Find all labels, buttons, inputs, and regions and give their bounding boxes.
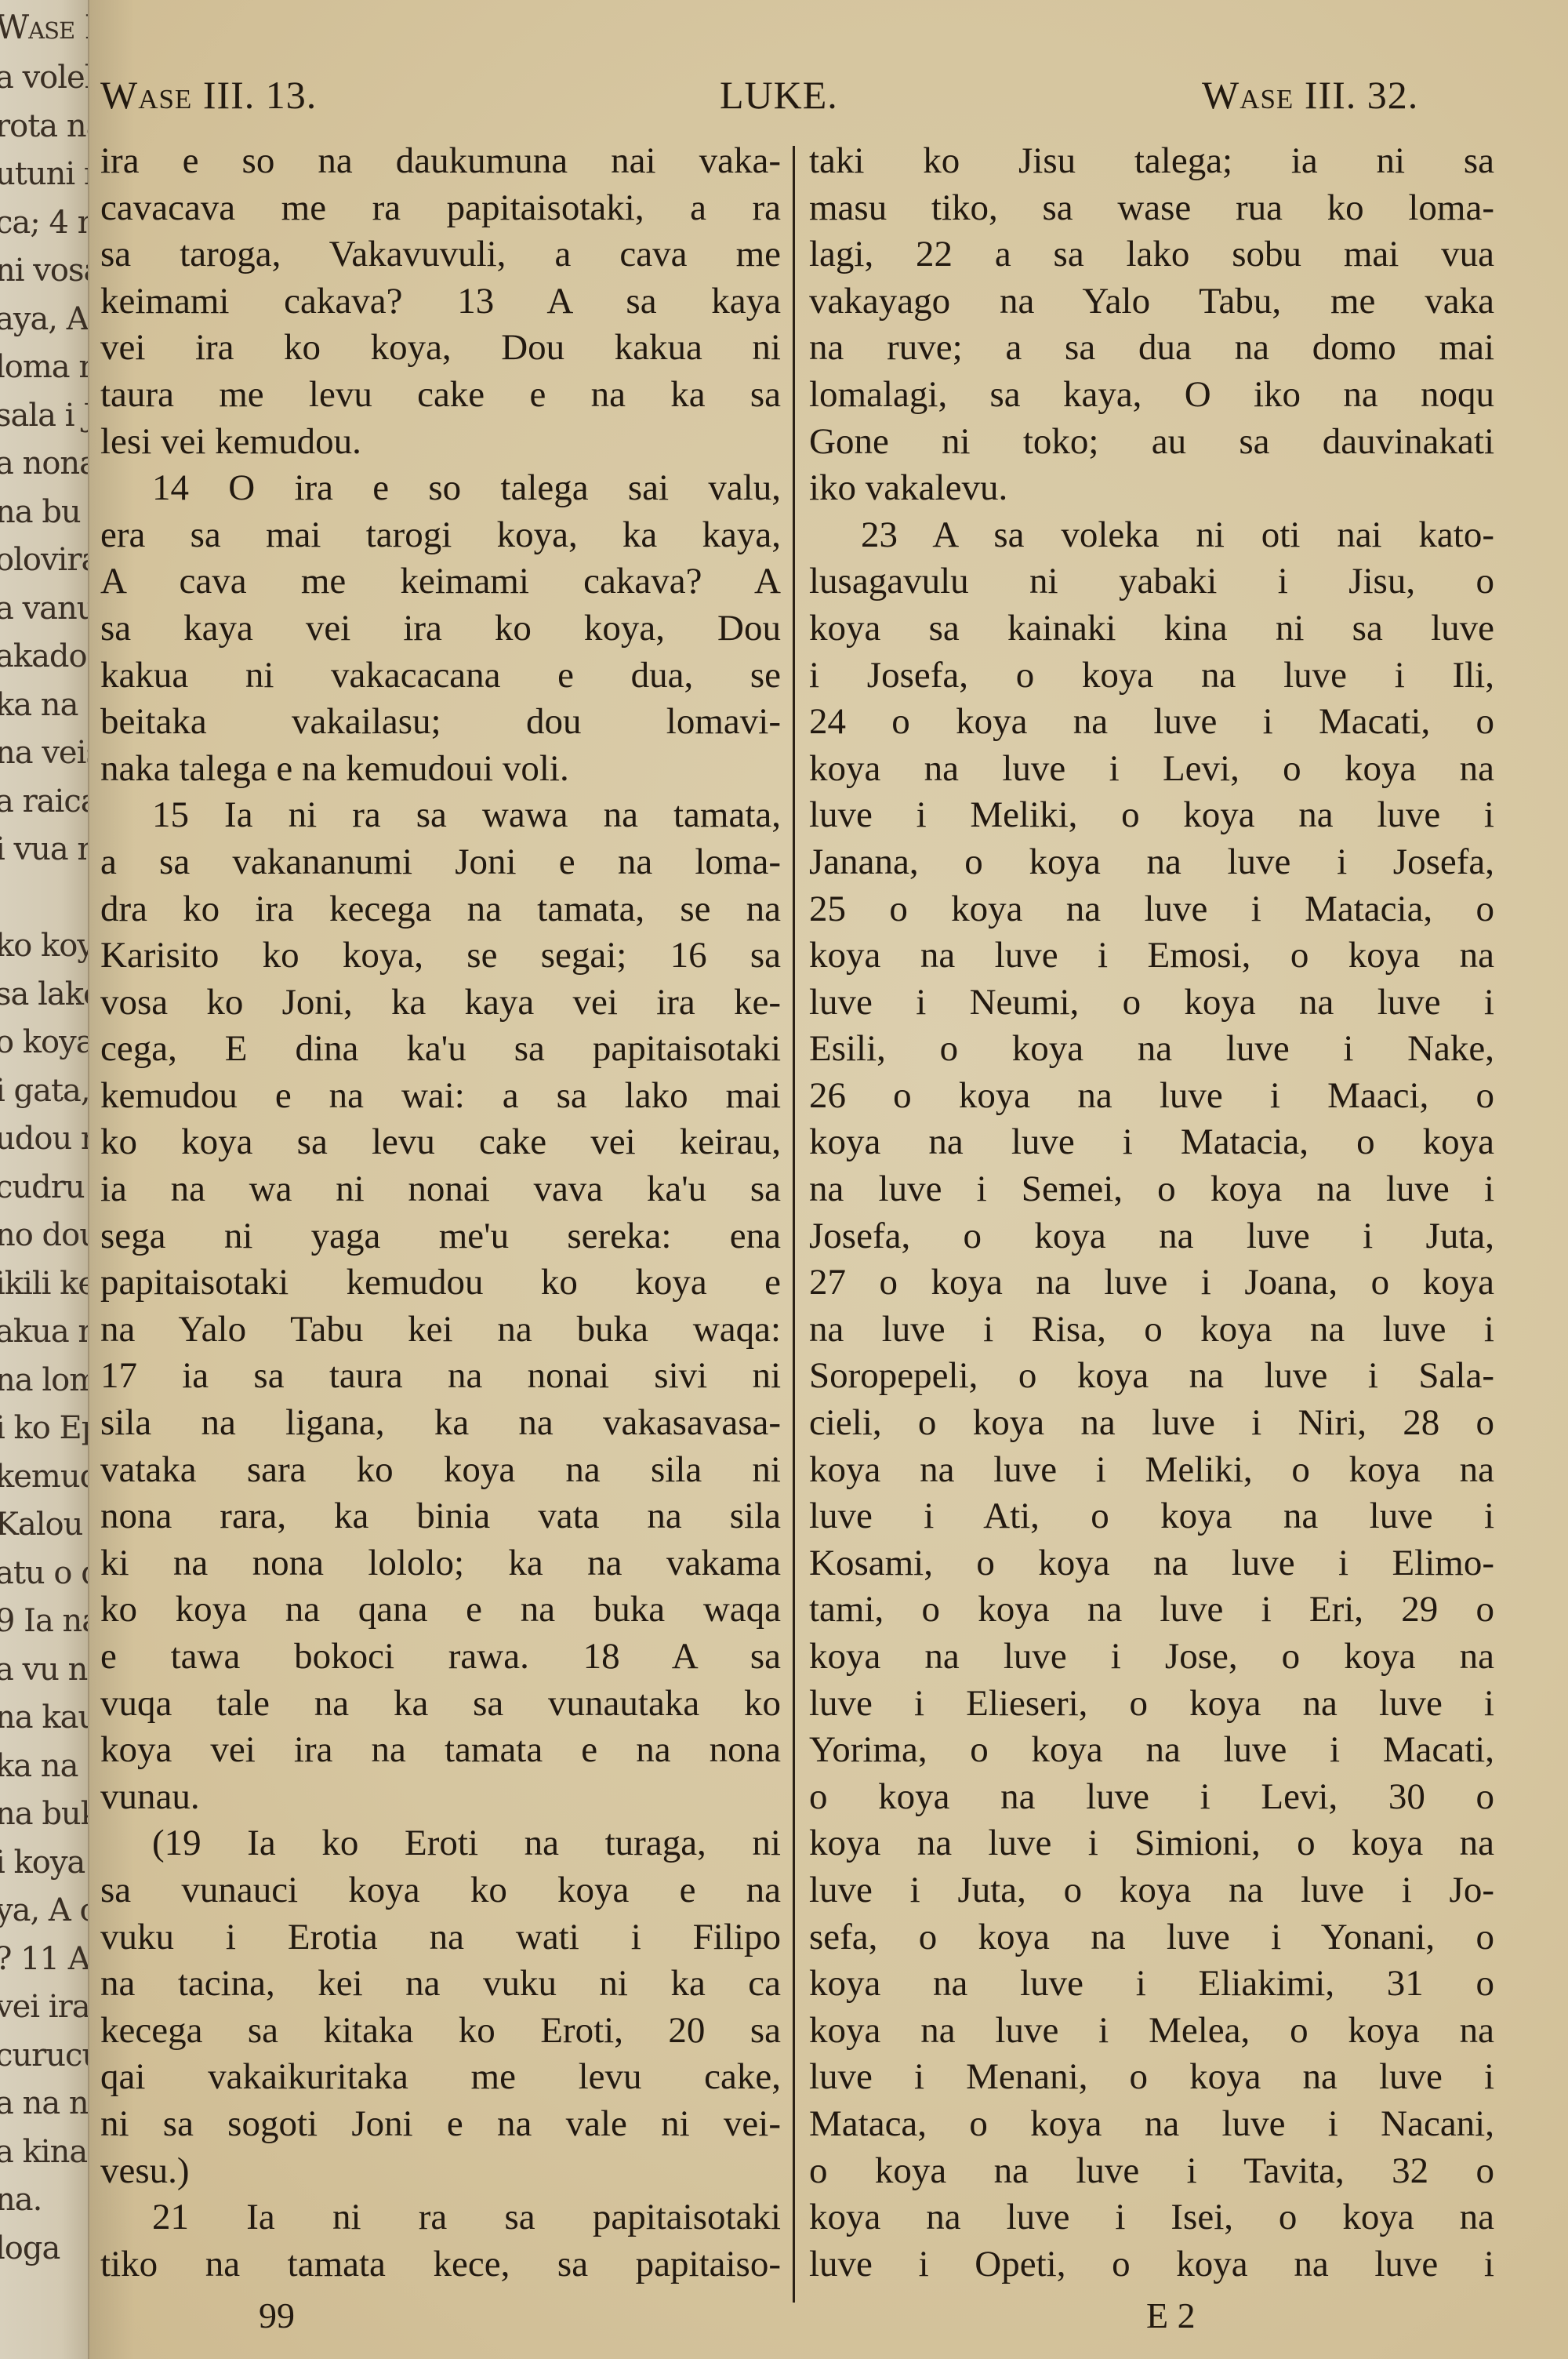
text-line: koya sa kainaki kina ni sa luve (809, 605, 1494, 652)
text-line: lomalagi, sa kaya, O iko na noqu (809, 372, 1494, 419)
text-line: Mataca, o koya na luve i Nacani, (809, 2101, 1494, 2148)
facing-page-line: ko koya (0, 928, 89, 964)
facing-page-line: i vua na (0, 831, 89, 867)
text-line: 14 O ira e so talega sai valu, (100, 465, 781, 512)
text-line: era sa mai tarogi koya, ka kaya, (100, 512, 781, 559)
text-line: 17 ia sa taura na nonai sivi ni (100, 1353, 781, 1400)
text-line: Janana, o koya na luve i Josefa, (809, 839, 1494, 886)
text-line: luve i Menani, o koya na luve i (809, 2054, 1494, 2101)
text-line: sa taroga, Vakavuvuli, a cava me (100, 231, 781, 278)
text-line: vesu.) (100, 2148, 781, 2195)
running-head-left: Wase III. 13. (100, 72, 317, 119)
facing-page-line: kemudo (0, 1459, 89, 1495)
text-line: lesi vei kemudou. (100, 419, 781, 466)
text-line: sa vunauci koya ko koya e na (100, 1867, 781, 1914)
page-number: 99 (259, 2295, 295, 2336)
text-line: na luve i Risa, o koya na luve i (809, 1307, 1494, 1354)
facing-page-line: ka na (0, 1748, 78, 1784)
text-line: 25 o koya na luve i Matacia, o (809, 886, 1494, 933)
text-line: vunau. (100, 1774, 781, 1821)
text-line: luve i Meliki, o koya na luve i (809, 792, 1494, 839)
text-line: Josefa, o koya na luve i Juta, (809, 1213, 1494, 1260)
text-line: tiko na tamata kece, sa papitaiso- (100, 2241, 781, 2288)
facing-page-line: 9 Ia na (0, 1603, 89, 1639)
text-line: 21 Ia ni ra sa papitaisotaki (100, 2194, 781, 2241)
text-line: cavacava me ra papitaisotaki, a ra (100, 185, 781, 232)
facing-page-line: na buka (0, 1796, 89, 1832)
text-line: vei ira ko koya, Dou kakua ni (100, 325, 781, 372)
facing-page-line: akua ni (0, 1314, 89, 1350)
facing-page-line: aya, A d (0, 301, 89, 337)
text-line: kakua ni vakacacana e dua, se (100, 652, 781, 700)
facing-page-line: utuni m (0, 156, 89, 192)
facing-page-line: ca; 4 me (0, 205, 89, 241)
facing-page-strip: Wase IIIa volekarota nautuni mca; 4 meni… (0, 0, 89, 2359)
text-line: na Yalo Tabu kei na buka waqa: (100, 1307, 781, 1354)
facing-page-line: curucu (0, 2037, 89, 2074)
text-line: luve i Opeti, o koya na luve i (809, 2241, 1494, 2288)
text-line: tami, o koya na luve i Eri, 29 o (809, 1587, 1494, 1634)
text-line: na luve i Semei, o koya na luve i (809, 1166, 1494, 1213)
facing-page-line: loga (0, 2230, 60, 2266)
text-line: sefa, o koya na luve i Yonani, o (809, 1914, 1494, 1961)
facing-page-line: na veis (0, 735, 89, 771)
text-line: luve i Juta, o koya na luve i Jo- (809, 1867, 1494, 1914)
text-line: keimami cakava? 13 A sa kaya (100, 278, 781, 325)
text-line: koya na luve i Jose, o koya na (809, 1634, 1494, 1681)
facing-page-line: olovirat (0, 542, 89, 578)
text-line: o koya na luve i Levi, 30 o (809, 1774, 1494, 1821)
text-line: vuqa tale na ka sa vunautaka ko (100, 1681, 781, 1728)
text-line: na ruve; a sa dua na domo mai (809, 325, 1494, 372)
text-line: ia na wa ni nonai vava ka'u sa (100, 1166, 781, 1213)
facing-page-line: atu o q (0, 1555, 89, 1591)
text-line: ni sa sogoti Joni e na vale ni vei- (100, 2101, 781, 2148)
facing-page-line: a na non (0, 2085, 89, 2121)
text-line: koya na luve i Emosi, o koya na (809, 932, 1494, 980)
text-line: koya na luve i Eliakimi, 31 o (809, 1961, 1494, 2008)
running-head-title: LUKE. (720, 72, 838, 119)
text-line: kecega sa kitaka ko Eroti, 20 sa (100, 2008, 781, 2055)
text-line: Soropepeli, o koya na luve i Sala- (809, 1353, 1494, 1400)
text-line: naka talega e na kemudoui voli. (100, 746, 781, 793)
facing-page-line: vei ira, O (0, 1989, 89, 2025)
text-line: vataka sara ko koya na sila ni (100, 1447, 781, 1494)
facing-page-line: ? 11 A s (0, 1941, 89, 1977)
facing-page-line: sala i Jio (0, 398, 89, 434)
text-line: i Josefa, o koya na luve i Ili, (809, 652, 1494, 700)
text-line: 27 o koya na luve i Joana, o koya (809, 1259, 1494, 1307)
text-line: dra ko ira kecega na tamata, se na (100, 886, 781, 933)
text-line: A cava me keimami cakava? A (100, 558, 781, 605)
text-line: koya na luve i Levi, o koya na (809, 746, 1494, 793)
text-line: masu tiko, sa wase rua ko loma- (809, 185, 1494, 232)
facing-page-line: na. (0, 2182, 42, 2218)
facing-page-line: ni vosa i (0, 253, 89, 289)
facing-page-line: ikili kei (0, 1266, 89, 1302)
signature-mark: E 2 (1146, 2295, 1196, 2336)
text-column-right: taki ko Jisu talega; ia ni samasu tiko, … (809, 138, 1494, 2288)
facing-page-line: ya, A ca (0, 1892, 89, 1928)
text-line: taura me levu cake e na ka sa (100, 372, 781, 419)
text-line: koya na luve i Matacia, o koya (809, 1119, 1494, 1166)
text-line: nona rara, ka binia vata na sila (100, 1493, 781, 1540)
text-line: koya na luve i Simioni, o koya na (809, 1820, 1494, 1867)
text-line: Yorima, o koya na luve i Macati, (809, 1727, 1494, 1774)
facing-page-header: Wase III (0, 8, 89, 46)
text-line: sega ni yaga me'u sereka: ena (100, 1213, 781, 1260)
facing-page-line: i gata, (0, 1073, 89, 1109)
text-line: sila na ligana, ka na vakasavasa- (100, 1400, 781, 1447)
text-line: ira e so na daukumuna nai vaka- (100, 138, 781, 185)
facing-page-line: a vu ni (0, 1652, 89, 1688)
text-line: 15 Ia ni ra sa wawa na tamata, (100, 792, 781, 839)
text-line: (19 Ia ko Eroti na turaga, ni (100, 1820, 781, 1867)
facing-page-line: udou m (0, 1121, 89, 1157)
text-line: o koya na luve i Tavita, 32 o (809, 2148, 1494, 2195)
text-line: iko vakalevu. (809, 465, 1494, 512)
text-line: kemudou e na wai: a sa lako mai (100, 1073, 781, 1120)
text-line: luve i Ati, o koya na luve i (809, 1493, 1494, 1540)
facing-page-line: a voleka (0, 60, 89, 96)
facing-page-line: a nona s (0, 445, 89, 482)
text-line: koya na luve i Isei, o koya na (809, 2194, 1494, 2241)
facing-page-line: ka na (0, 687, 78, 723)
facing-page-line: na loma (0, 1362, 89, 1398)
text-line: 26 o koya na luve i Maaci, o (809, 1073, 1494, 1120)
facing-page-line: a vanua- (0, 591, 89, 627)
text-line: lagi, 22 a sa lako sobu mai vua (809, 231, 1494, 278)
facing-page-line: a raica (0, 783, 89, 820)
text-line: a sa vakananumi Joni e na loma- (100, 839, 781, 886)
text-column-left: ira e so na daukumuna nai vaka-cavacava … (100, 138, 781, 2288)
text-line: cieli, o koya na luve i Niri, 28 o (809, 1400, 1494, 1447)
text-line: cega, E dina ka'u sa papitaisotaki (100, 1026, 781, 1073)
facing-page-line: Kalou (0, 1507, 82, 1543)
text-line: Kosami, o koya na luve i Elimo- (809, 1540, 1494, 1587)
text-line: lusagavulu ni yabaki i Jisu, o (809, 558, 1494, 605)
facing-page-line: rota na (0, 108, 89, 144)
text-line: sa kaya vei ira ko koya, Dou (100, 605, 781, 652)
facing-page-line: akadodo (0, 638, 89, 674)
facing-page-line: na bu (0, 494, 81, 530)
text-line: e tawa bokoci rawa. 18 A sa (100, 1634, 781, 1681)
facing-page-line: i koya ko (0, 1845, 89, 1881)
running-head-right: Wase III. 32. (1202, 72, 1418, 119)
text-line: Karisito ko koya, se segai; 16 sa (100, 932, 781, 980)
text-line: koya na luve i Melea, o koya na (809, 2008, 1494, 2055)
text-line: luve i Elieseri, o koya na luve i (809, 1681, 1494, 1728)
facing-page-line: i ko Epa (0, 1410, 89, 1446)
facing-page-line: cudru s (0, 1169, 89, 1205)
text-line: na tacina, kei na vuku ni ka ca (100, 1961, 781, 2008)
text-line: koya na luve i Meliki, o koya na (809, 1447, 1494, 1494)
facing-page-line: na kau (0, 1699, 89, 1736)
text-line: ki na nona lololo; ka na vakama (100, 1540, 781, 1587)
text-line: ko koya sa levu cake vei keirau, (100, 1119, 781, 1166)
text-line: 23 A sa voleka ni oti nai kato- (809, 512, 1494, 559)
facing-page-line: no dou q (0, 1217, 89, 1253)
text-line: qai vakaikuritaka me levu cake, (100, 2054, 781, 2101)
facing-page-line: o koya, (0, 1024, 89, 1060)
facing-page-line: a kina ko (0, 2134, 89, 2170)
text-line: beitaka vakailasu; dou lomavi- (100, 699, 781, 746)
text-line: vakayago na Yalo Tabu, me vaka (809, 278, 1494, 325)
text-line: Gone ni toko; au sa dauvinakati (809, 419, 1494, 466)
text-line: 24 o koya na luve i Macati, o (809, 699, 1494, 746)
text-line: luve i Neumi, o koya na luve i (809, 980, 1494, 1027)
text-line: taki ko Jisu talega; ia ni sa (809, 138, 1494, 185)
facing-page-line: sa lako (0, 976, 89, 1012)
text-line: vosa ko Joni, ka kaya vei ira ke- (100, 980, 781, 1027)
facing-page-line: loma ni (0, 349, 89, 385)
text-line: vuku i Erotia na wati i Filipo (100, 1914, 781, 1961)
column-divider (793, 146, 795, 2303)
text-line: papitaisotaki kemudou ko koya e (100, 1259, 781, 1307)
text-line: ko koya na qana e na buka waqa (100, 1587, 781, 1634)
book-page: Wase IIIa volekarota nautuni mca; 4 meni… (0, 0, 1568, 2359)
text-line: Esili, o koya na luve i Nake, (809, 1026, 1494, 1073)
text-line: koya vei ira na tamata e na nona (100, 1727, 781, 1774)
